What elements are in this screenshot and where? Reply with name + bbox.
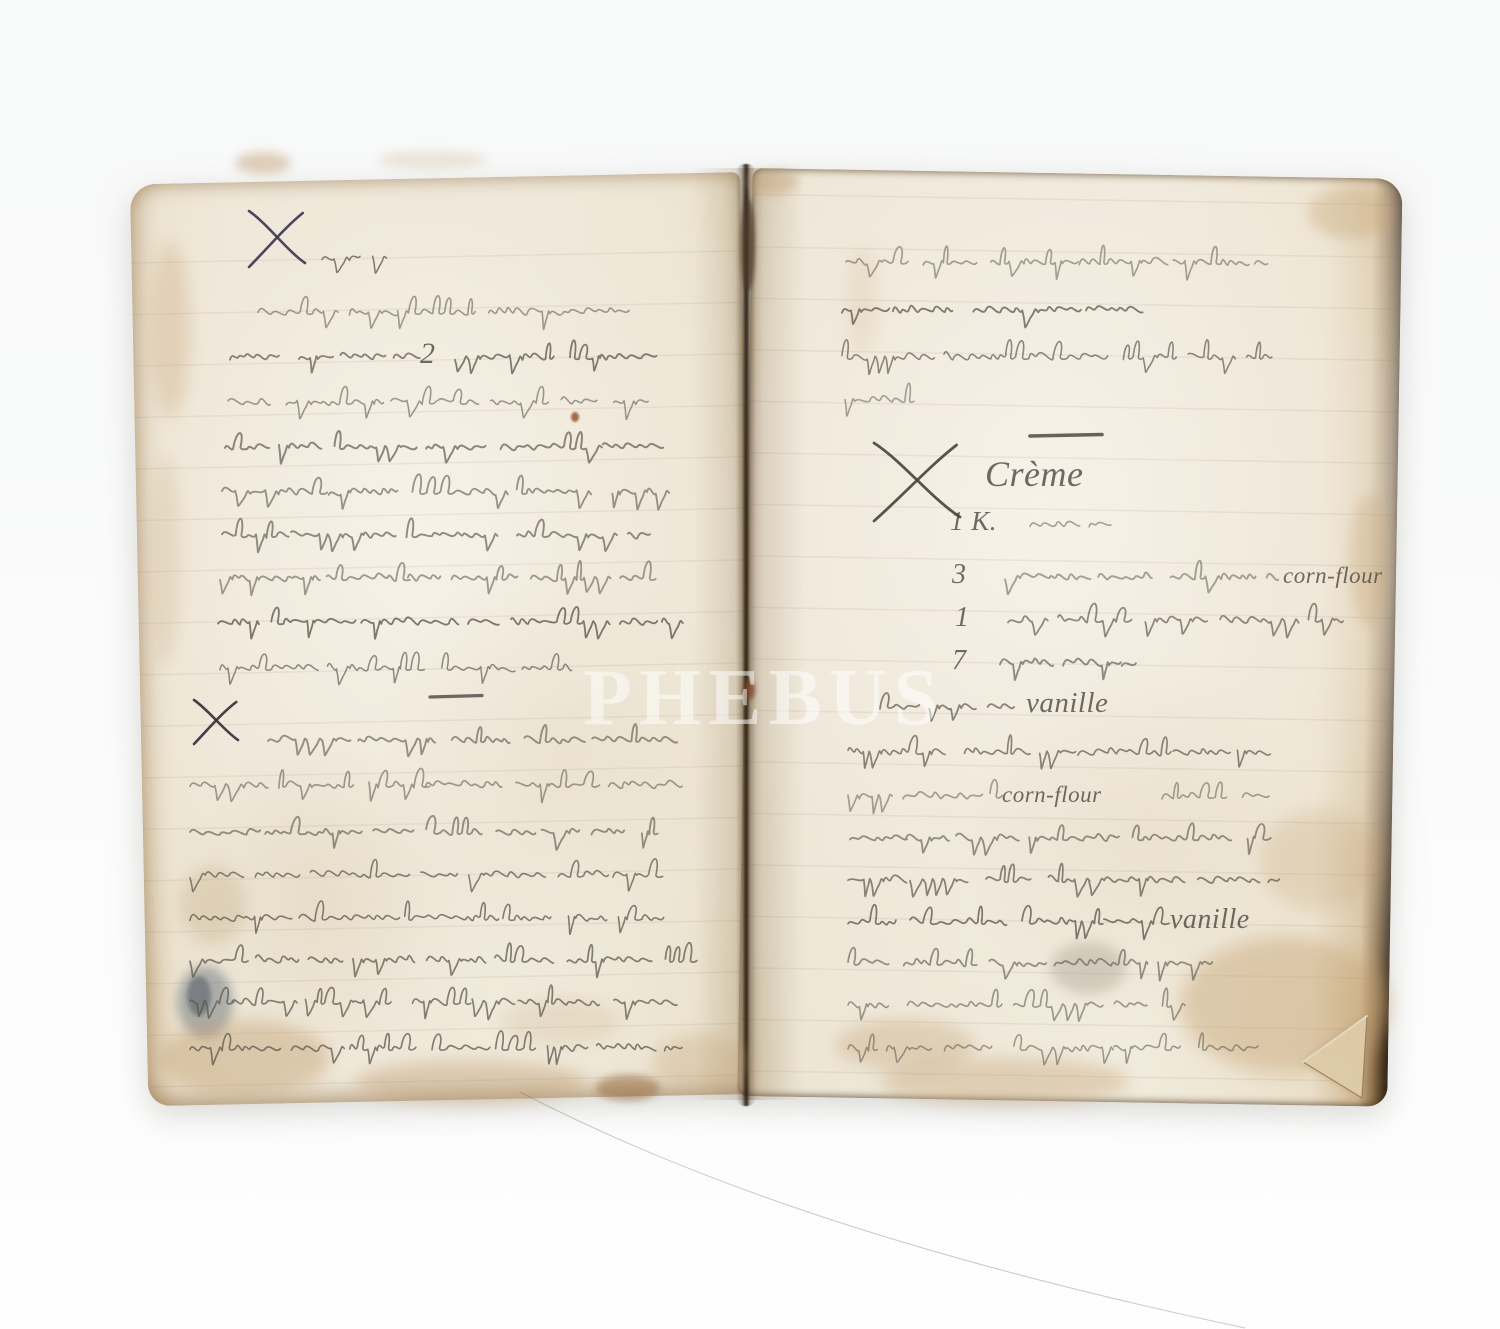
left-page (130, 172, 758, 1106)
stray-hair (520, 1092, 1245, 1328)
book-gutter (736, 164, 756, 1106)
photo-scene: 2Crème1 K.3corn-flour17vanillecorn-flour… (0, 0, 1500, 1329)
open-notebook (133, 160, 1395, 1116)
right-page (737, 168, 1402, 1107)
